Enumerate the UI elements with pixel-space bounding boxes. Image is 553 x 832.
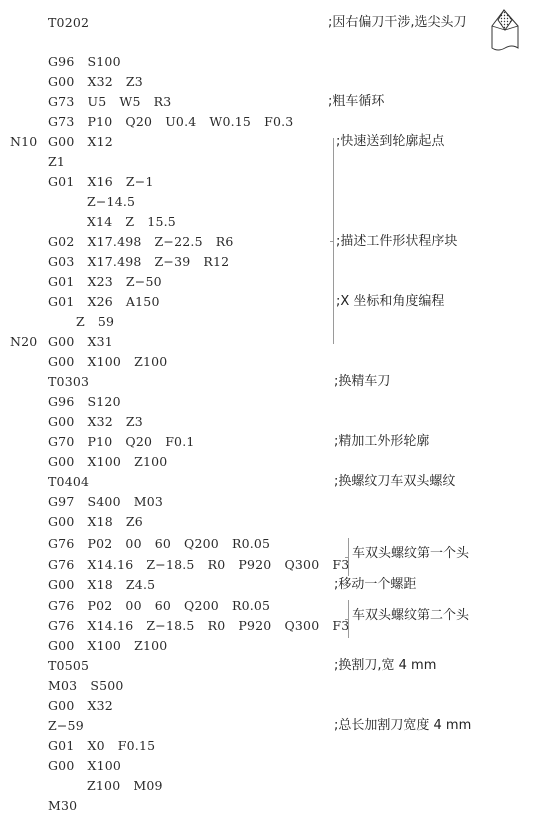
code-token: S100 (88, 53, 121, 71)
code-statement: Z1 (48, 153, 78, 171)
code-token: Q300 (284, 556, 319, 574)
code-line: Z100M09 (0, 777, 330, 795)
code-token: G00 (48, 757, 75, 775)
code-line: T0404 (0, 473, 330, 491)
code-token: M09 (133, 777, 162, 795)
code-token: G00 (48, 453, 75, 471)
code-line: G00X18Z6 (0, 513, 330, 531)
block-number-label: N20 (10, 333, 37, 351)
code-token: X32 (88, 73, 113, 91)
code-token: R12 (203, 253, 229, 271)
code-statement: G96S120 (48, 393, 134, 411)
code-token: Z100 (134, 453, 167, 471)
code-statement: T0505 (48, 657, 102, 675)
code-token: X100 (88, 453, 122, 471)
code-line: G97S400M03 (0, 493, 330, 511)
code-line: N10G00X12 (0, 133, 330, 151)
code-token: T0505 (48, 657, 89, 675)
code-token: 60 (155, 597, 171, 615)
code-token: S120 (88, 393, 121, 411)
code-token: G00 (48, 697, 75, 715)
code-statement: G00X18Z6 (48, 513, 156, 531)
code-line: G00X18Z4.5 (0, 576, 330, 594)
code-token: Z1 (48, 153, 65, 171)
code-token: Q200 (184, 535, 219, 553)
code-token: U0.4 (165, 113, 196, 131)
code-token: W0.15 (209, 113, 251, 131)
code-token: Z−59 (48, 717, 84, 735)
code-statement: Z−59 (48, 717, 97, 735)
code-line: Z−14.5 (0, 193, 330, 211)
code-token: Z−22.5 (155, 233, 203, 251)
code-statement: G00X12 (48, 133, 126, 151)
code-token: X23 (88, 273, 113, 291)
code-token: R6 (216, 233, 234, 251)
code-token: X17.498 (88, 253, 142, 271)
code-token: G01 (48, 273, 75, 291)
code-token: R0 (208, 617, 226, 635)
brace-tick (330, 241, 334, 242)
code-token: Z (125, 213, 134, 231)
code-token: X12 (88, 133, 113, 151)
code-token: Z4.5 (126, 576, 155, 594)
block-number-label: N10 (10, 133, 37, 151)
code-token: Z100 (134, 637, 167, 655)
code-statement: G76X14.16Z−18.5R0P920Q300F3 (48, 556, 362, 574)
code-token: W5 (119, 93, 140, 111)
code-statement: G00X100Z100 (48, 453, 180, 471)
code-token: S400 (88, 493, 121, 511)
code-statement: G01X23Z−50 (48, 273, 175, 291)
program-comment: ;因右偏刀干涉,选尖头刀 (328, 14, 467, 32)
code-line: G03X17.498Z−39R12 (0, 253, 330, 271)
code-token: P920 (238, 556, 271, 574)
code-token: X14 (87, 213, 112, 231)
code-statement: G76P020060Q200R0.05 (48, 597, 283, 615)
code-line: X14Z15.5 (0, 213, 330, 231)
code-token: A150 (126, 293, 160, 311)
code-token: G02 (48, 233, 75, 251)
code-token: Z6 (126, 513, 143, 531)
code-token: T0404 (48, 473, 89, 491)
code-statement: M30 (48, 797, 90, 815)
code-token: G76 (48, 597, 75, 615)
code-token: G97 (48, 493, 75, 511)
program-comment: ;移动一个螺距 (334, 576, 416, 594)
code-token: Z−18.5 (146, 617, 194, 635)
brace-tick (345, 619, 349, 620)
code-statement: G76X14.16Z−18.5R0P920Q300F3 (48, 617, 362, 635)
code-line: G00X100Z100 (0, 637, 330, 655)
code-token: G00 (48, 413, 75, 431)
code-statement: G00X100Z100 (48, 353, 180, 371)
code-line: G00X100Z100 (0, 353, 330, 371)
code-line: Z59 (0, 313, 330, 331)
code-token: X16 (88, 173, 113, 191)
code-token: G76 (48, 556, 75, 574)
code-token: R0.05 (232, 535, 270, 553)
cnc-program-listing: T0202G96S100G00X32Z3G73U5W5R3G73P10Q20U0… (0, 0, 553, 832)
code-token: G00 (48, 637, 75, 655)
code-token: M30 (48, 797, 77, 815)
code-statement: G76P020060Q200R0.05 (48, 535, 283, 553)
code-statement: G00X32Z3 (48, 413, 156, 431)
code-token: F3 (332, 556, 349, 574)
code-token: Z−50 (126, 273, 162, 291)
code-token: G03 (48, 253, 75, 271)
code-token: M03 (134, 493, 163, 511)
code-token: T0202 (48, 14, 89, 32)
code-token: G76 (48, 535, 75, 553)
code-token: R0 (208, 556, 226, 574)
program-comment: ;描述工件形状程序块 (336, 233, 457, 251)
code-token: P920 (238, 617, 271, 635)
code-line: G01X16Z−1 (0, 173, 330, 191)
code-line: G01X0F0.15 (0, 737, 330, 755)
code-statement: G03X17.498Z−39R12 (48, 253, 242, 271)
code-token: F0.1 (165, 433, 194, 451)
code-token: G76 (48, 617, 75, 635)
code-statement: G00X32Z3 (48, 73, 156, 91)
code-token: X18 (88, 513, 113, 531)
code-line: G96S120 (0, 393, 330, 411)
program-comment: ;粗车循环 (328, 93, 384, 111)
code-statement: Z−14.5 (87, 193, 148, 211)
code-line: G96S100 (0, 53, 330, 71)
code-token: Q20 (125, 113, 152, 131)
code-line: T0303 (0, 373, 330, 391)
program-comment: ;精加工外形轮廓 (334, 433, 429, 451)
code-token: R0.05 (232, 597, 270, 615)
code-token: 15.5 (147, 213, 176, 231)
code-statement: G00X31 (48, 333, 126, 351)
code-token: X31 (88, 333, 113, 351)
code-token: Q300 (284, 617, 319, 635)
code-line: G76X14.16Z−18.5R0P920Q300F3 (0, 556, 330, 574)
code-token: P02 (88, 597, 113, 615)
code-token: X100 (88, 637, 122, 655)
code-statement: T0404 (48, 473, 102, 491)
code-token: T0303 (48, 373, 89, 391)
code-statement: M03S500 (48, 677, 137, 695)
code-line: M30 (0, 797, 330, 815)
code-statement: G01X16Z−1 (48, 173, 167, 191)
code-token: G70 (48, 433, 75, 451)
code-token: G96 (48, 53, 75, 71)
code-token: X14.16 (88, 617, 134, 635)
code-statement: G00X100 (48, 757, 134, 775)
code-token: F0.15 (118, 737, 156, 755)
code-line: T0202 (0, 14, 330, 32)
program-comment: ;总长加割刀宽度 4 mm (334, 717, 471, 735)
code-statement: G97S400M03 (48, 493, 176, 511)
code-token: Z3 (126, 73, 143, 91)
code-token: G00 (48, 133, 75, 151)
code-token: X26 (88, 293, 113, 311)
code-token: X32 (88, 413, 113, 431)
program-comment: ;换割刀,宽 4 mm (334, 657, 436, 675)
code-statement: G00X18Z4.5 (48, 576, 168, 594)
code-token: S500 (90, 677, 123, 695)
code-token: Z100 (87, 777, 120, 795)
code-token: U5 (88, 93, 107, 111)
code-token: G96 (48, 393, 75, 411)
code-statement: Z100M09 (87, 777, 176, 795)
code-token: R3 (154, 93, 172, 111)
code-line: G70P10Q20F0.1 (0, 433, 330, 451)
code-token: P10 (88, 433, 113, 451)
code-token: 00 (125, 597, 141, 615)
code-line: G00X100 (0, 757, 330, 775)
code-token: G73 (48, 113, 75, 131)
code-token: Z100 (134, 353, 167, 371)
code-statement: G73P10Q20U0.4W0.15F0.3 (48, 113, 306, 131)
code-token: G73 (48, 93, 75, 111)
code-token: X17.498 (88, 233, 142, 251)
code-token: G00 (48, 73, 75, 91)
pointed-turning-tool-icon (488, 8, 524, 52)
code-token: X18 (88, 576, 113, 594)
code-token: G00 (48, 333, 75, 351)
code-token: X100 (88, 757, 122, 775)
code-statement: T0303 (48, 373, 102, 391)
code-line: M03S500 (0, 677, 330, 695)
code-line: T0505 (0, 657, 330, 675)
code-statement: G00X32 (48, 697, 126, 715)
code-token: X32 (88, 697, 113, 715)
program-comment: ;快速送到轮廓起点 (336, 133, 444, 151)
program-comment: 车双头螺纹第一个头 (352, 545, 469, 563)
code-token: Z−14.5 (87, 193, 135, 211)
code-statement: G96S100 (48, 53, 134, 71)
code-line: G76P020060Q200R0.05 (0, 597, 330, 615)
code-statement: T0202 (48, 14, 102, 32)
code-token: Z−1 (126, 173, 154, 191)
program-comment: 车双头螺纹第二个头 (352, 607, 469, 625)
code-token: X14.16 (88, 556, 134, 574)
code-token: Q200 (184, 597, 219, 615)
code-token: F0.3 (264, 113, 293, 131)
code-line: N20G00X31 (0, 333, 330, 351)
code-statement: G01X0F0.15 (48, 737, 168, 755)
code-statement: G02X17.498Z−22.5R6 (48, 233, 247, 251)
brace-tick (345, 557, 349, 558)
program-comment: ;换螺纹刀车双头螺纹 (334, 473, 455, 491)
code-token: G00 (48, 353, 75, 371)
code-line: G73P10Q20U0.4W0.15F0.3 (0, 113, 330, 131)
code-line: G02X17.498Z−22.5R6 (0, 233, 330, 251)
code-token: G00 (48, 576, 75, 594)
code-token: G01 (48, 293, 75, 311)
code-token: 59 (98, 313, 114, 331)
code-line: G01X26A150 (0, 293, 330, 311)
code-token: G01 (48, 737, 75, 755)
code-line: G76P020060Q200R0.05 (0, 535, 330, 553)
code-line: G01X23Z−50 (0, 273, 330, 291)
code-line: G00X32Z3 (0, 413, 330, 431)
code-token: X0 (88, 737, 105, 755)
code-token: 00 (125, 535, 141, 553)
code-line: G76X14.16Z−18.5R0P920Q300F3 (0, 617, 330, 635)
code-line: G73U5W5R3 (0, 93, 330, 111)
code-token: M03 (48, 677, 77, 695)
code-statement: Z59 (76, 313, 127, 331)
code-line: Z−59 (0, 717, 330, 735)
code-line: G00X32 (0, 697, 330, 715)
code-token: P02 (88, 535, 113, 553)
code-token: G00 (48, 513, 75, 531)
code-token: Z−18.5 (146, 556, 194, 574)
code-token: Z (76, 313, 85, 331)
code-statement: G00X100Z100 (48, 637, 180, 655)
code-statement: X14Z15.5 (87, 213, 189, 231)
code-token: Q20 (125, 433, 152, 451)
code-line: G00X100Z100 (0, 453, 330, 471)
code-token: G01 (48, 173, 75, 191)
program-comment: ;换精车刀 (334, 373, 390, 391)
code-token: Z3 (126, 413, 143, 431)
code-token: 60 (155, 535, 171, 553)
code-token: P10 (88, 113, 113, 131)
code-statement: G70P10Q20F0.1 (48, 433, 208, 451)
code-line: Z1 (0, 153, 330, 171)
program-comment: ;X 坐标和角度编程 (336, 293, 444, 311)
code-statement: G01X26A150 (48, 293, 173, 311)
code-statement: G73U5W5R3 (48, 93, 184, 111)
code-line: G00X32Z3 (0, 73, 330, 91)
code-token: Z−39 (155, 253, 191, 271)
code-token: X100 (88, 353, 122, 371)
